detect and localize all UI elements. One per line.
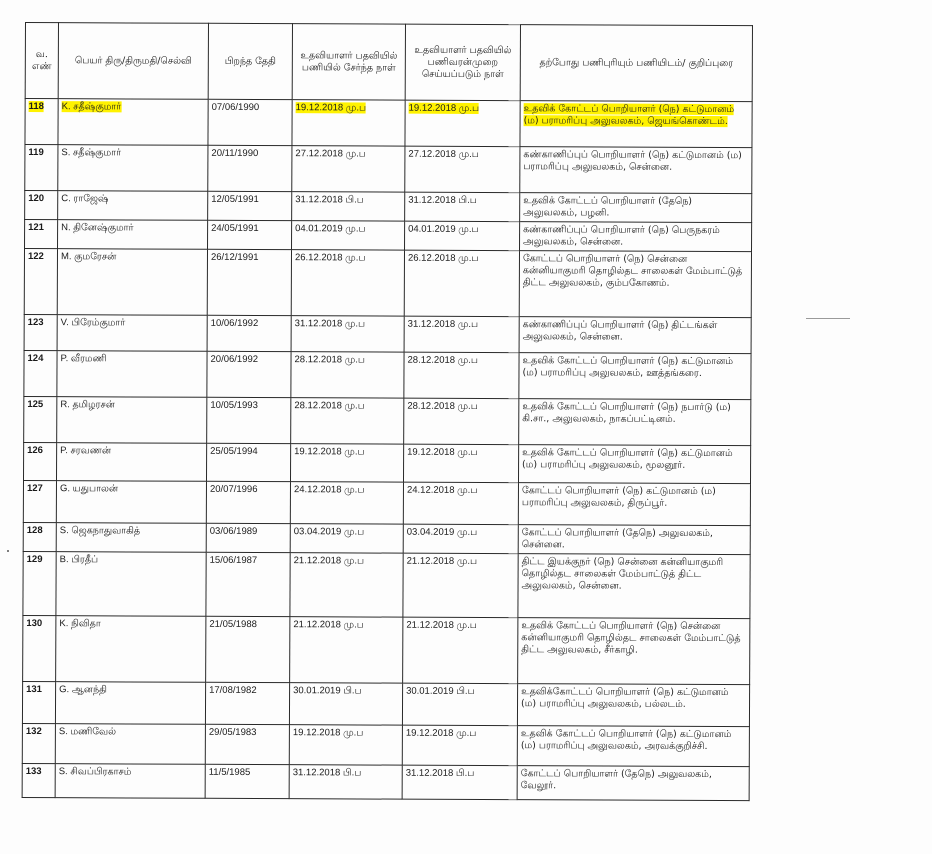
row-dob-text: 03/06/1989 <box>210 526 258 537</box>
row-regularization-date-text: 26.12.2018 மு.ப <box>408 253 479 264</box>
row-regularization-date-text: 03.04.2019 மு.ப <box>407 527 478 538</box>
row-serial: 130 <box>23 615 56 681</box>
row-regularization-date-text: 19.12.2018 மு.ப <box>407 447 478 458</box>
row-name: K. சதீஷ்குமார் <box>58 99 208 146</box>
row-regularization-date-text: 21.12.2018 மு.ப <box>407 556 478 567</box>
row-serial: 126 <box>23 442 56 480</box>
row-dob-text: 10/06/1992 <box>211 318 259 329</box>
row-dob: 25/05/1994 <box>206 443 290 481</box>
row-join-date-text: 21.12.2018 மு.ப <box>293 619 364 630</box>
row-serial-text: 124 <box>28 353 44 364</box>
row-dob: 21/05/1988 <box>206 616 290 682</box>
row-dob-text: 21/05/1988 <box>209 619 257 630</box>
row-regularization-date-text: 31.12.2018 பி.ப <box>408 195 477 206</box>
row-current-post-text: உதவிக் கோட்டப் பொறியாளர் (நெ) சென்னை கன்… <box>521 620 740 656</box>
row-name-text: K. நிவிதா <box>59 618 101 629</box>
row-serial-text: 133 <box>26 766 42 777</box>
row-name-text: S. மணிவேல் <box>59 726 116 737</box>
table-row: 118K. சதீஷ்குமார்07/06/199019.12.2018 மு… <box>25 99 752 148</box>
row-name-text: M. குமரேசன் <box>61 251 116 262</box>
row-current-post: கண்காணிப்புப் பொறியாளர் (நெ) கட்டுமானம் … <box>520 147 752 194</box>
row-dob: 12/05/1991 <box>208 191 292 220</box>
row-current-post: கோட்டப் பொறியாளர் (தேநெ) அலுவலகம், வேலூர… <box>517 766 749 801</box>
row-serial: 127 <box>23 480 56 522</box>
row-current-post: உதவிக் கோட்டப் பொறியாளர் (நெ) கட்டுமானம்… <box>519 353 751 400</box>
row-serial: 131 <box>22 681 55 723</box>
row-name: G. யதுபாலன் <box>56 481 206 524</box>
row-name-text: G. யதுபாலன் <box>60 483 118 494</box>
row-serial: 119 <box>25 145 58 191</box>
table-row: 119S. சதீஷ்குமார்20/11/199027.12.2018 மு… <box>25 145 752 194</box>
row-regularization-date: 27.12.2018 மு.ப <box>405 146 520 193</box>
row-dob-text: 17/08/1982 <box>209 685 257 696</box>
row-current-post-text: உதவிக்கோட்டப் பொறியாளர் (நெ) கட்டுமானம் … <box>521 686 729 710</box>
row-regularization-date: 28.12.2018 மு.ப <box>404 352 519 399</box>
header-serial: வ. எண் <box>25 23 58 99</box>
header-row: வ. எண் பெயர் திரு/திருமதி/செல்வி பிறந்த … <box>25 23 752 102</box>
row-join-date-text: 31.12.2018 பி.ப <box>293 767 362 778</box>
row-regularization-date-text: 04.01.2019 மு.ப <box>408 224 479 235</box>
row-regularization-date: 31.12.2018 மு.ப <box>404 316 519 353</box>
row-join-date-text: 30.01.2019 பி.ப <box>293 685 362 696</box>
row-dob-text: 15/06/1987 <box>210 555 258 566</box>
row-join-date: 31.12.2018 பி.ப <box>289 765 402 799</box>
row-serial: 132 <box>22 723 55 763</box>
row-name: B. பிரதீப் <box>56 552 206 617</box>
row-serial-text: 130 <box>26 618 42 629</box>
row-current-post-text: கண்காணிப்புப் பொறியாளர் (நெ) திட்டங்கள் … <box>523 319 718 342</box>
row-join-date-text: 31.12.2018 மு.ப <box>295 318 366 329</box>
row-regularization-date-text: 27.12.2018 மு.ப <box>408 149 479 160</box>
row-regularization-date-text: 30.01.2019 பி.ப <box>406 686 475 697</box>
row-name-text: R. தமிழரசன் <box>60 399 115 410</box>
row-current-post-text: கோட்டப் பொறியாளர் (தேநெ) அலுவலகம், வேலூர… <box>521 768 712 791</box>
row-join-date: 21.12.2018 மு.ப <box>290 553 403 617</box>
row-serial-text: 120 <box>28 193 44 204</box>
row-join-date-text: 04.01.2019 மு.ப <box>295 223 366 234</box>
table-row: 130K. நிவிதா21/05/198821.12.2018 மு.ப21.… <box>23 615 750 684</box>
row-join-date: 19.12.2018 மு.ப <box>289 725 402 765</box>
row-name-text: C. ராஜேஷ் <box>61 193 108 204</box>
row-regularization-date: 26.12.2018 மு.ப <box>404 250 519 317</box>
row-regularization-date: 03.04.2019 மு.ப <box>403 524 518 554</box>
row-dob: 03/06/1989 <box>206 523 290 552</box>
row-name-text: P. சரவணன் <box>60 445 111 456</box>
row-current-post-text: கோட்டப் பொறியாளர் (நெ) சென்னை கன்னியாகும… <box>523 253 742 289</box>
row-current-post-text: உதவிக் கோட்டப் பொறியாளர் (நெ) கட்டுமானம்… <box>522 355 733 379</box>
row-current-post: திட்ட இயக்குநர் (நெ) சென்னை கன்னியாகுமரி… <box>518 554 750 619</box>
row-name: M. குமரேசன் <box>57 249 207 316</box>
row-serial-text: 131 <box>26 684 42 695</box>
header-name: பெயர் திரு/திருமதி/செல்வி <box>58 23 208 100</box>
row-serial-text: 119 <box>28 147 43 158</box>
row-dob: 26/12/1991 <box>207 249 291 315</box>
row-join-date: 30.01.2019 பி.ப <box>289 683 402 725</box>
row-join-date: 03.04.2019 மு.ப <box>290 524 403 553</box>
table-row: 128S. ஜெகநாதுவாகித்03/06/198903.04.2019 … <box>23 522 750 554</box>
table-row: 122M. குமரேசன்26/12/199126.12.2018 மு.ப2… <box>24 249 751 318</box>
row-regularization-date: 04.01.2019 மு.ப <box>405 221 520 251</box>
row-regularization-date: 24.12.2018 மு.ப <box>403 482 518 525</box>
row-regularization-date: 19.12.2018 மு.ப <box>402 725 517 766</box>
row-serial: 125 <box>24 396 57 442</box>
row-join-date-text: 27.12.2018 மு.ப <box>295 148 366 159</box>
row-current-post-text: உதவிக் கோட்டப் பொறியாளர் (நெ) கட்டுமானம்… <box>522 447 733 471</box>
row-name-text: K. சதீஷ்குமார் <box>62 101 122 112</box>
row-name: C. ராஜேஷ் <box>58 191 208 221</box>
row-current-post-text: கோட்டப் பொறியாளர் (தேநெ) அலுவலகம், சென்ன… <box>522 527 713 550</box>
row-serial: 124 <box>24 350 57 396</box>
row-name: S. சிவப்பிரகாசம் <box>55 764 205 799</box>
row-serial-text: 121 <box>28 222 44 233</box>
row-name-text: S. ஜெகநாதுவாகித் <box>60 525 140 536</box>
row-regularization-date: 19.12.2018 மு.ப <box>405 100 520 147</box>
row-dob-text: 07/06/1990 <box>212 102 260 113</box>
row-dob-text: 24/05/1991 <box>211 223 259 234</box>
row-name: R. தமிழரசன் <box>57 397 207 444</box>
row-join-date-text: 28.12.2018 மு.ப <box>294 400 365 411</box>
row-dob: 07/06/1990 <box>208 99 292 145</box>
row-serial: 129 <box>23 551 56 615</box>
table-row: 121N. தினேஷ்குமார்24/05/199104.01.2019 ம… <box>25 220 752 252</box>
row-join-date: 04.01.2019 மு.ப <box>292 221 405 250</box>
row-dob: 20/07/1996 <box>206 481 290 523</box>
row-current-post: கோட்டப் பொறியாளர் (நெ) சென்னை கன்னியாகும… <box>519 251 751 318</box>
row-current-post: உதவிக் கோட்டப் பொறியாளர் (நெ) சென்னை கன்… <box>518 618 750 685</box>
row-join-date-text: 19.12.2018 மு.ப <box>296 102 367 113</box>
row-join-date-text: 24.12.2018 மு.ப <box>294 484 365 495</box>
row-name-text: V. பிரேம்குமார் <box>61 317 126 328</box>
table-row: 124P. வீரமணி20/06/199228.12.2018 மு.ப28.… <box>24 350 751 399</box>
row-regularization-date-text: 31.12.2018 மு.ப <box>408 319 479 330</box>
row-join-date-text: 19.12.2018 மு.ப <box>294 446 365 457</box>
row-dob: 29/05/1983 <box>205 724 289 764</box>
row-join-date: 19.12.2018 மு.ப <box>292 100 405 146</box>
row-dob-text: 20/11/1990 <box>211 148 258 159</box>
row-current-post: கோட்டப் பொறியாளர் (நெ) கட்டுமானம் (ம) பர… <box>518 483 750 526</box>
row-name: S. மணிவேல் <box>55 724 205 765</box>
row-dob-text: 25/05/1994 <box>210 446 258 457</box>
row-regularization-date: 30.01.2019 பி.ப <box>402 683 517 726</box>
row-name: S. ஜெகநாதுவாகித் <box>56 523 206 553</box>
row-serial-text: 127 <box>27 483 43 494</box>
table-row: 129B. பிரதீப்15/06/198721.12.2018 மு.ப21… <box>23 551 750 618</box>
row-dob: 10/06/1992 <box>207 315 291 351</box>
row-regularization-date-text: 24.12.2018 மு.ப <box>407 485 478 496</box>
row-regularization-date: 31.12.2018 பி.ப <box>405 192 520 222</box>
row-serial-text: 122 <box>28 251 44 262</box>
row-join-date-text: 31.12.2018 பி.ப <box>295 194 364 205</box>
header-dob: பிறந்த தேதி <box>208 23 292 99</box>
row-join-date-text: 26.12.2018 மு.ப <box>295 252 366 263</box>
row-regularization-date: 28.12.2018 மு.ப <box>404 398 519 445</box>
row-dob-text: 20/07/1996 <box>210 484 258 495</box>
row-current-post-text: உதவிக் கோட்டப் பொறியாளர் (நெ) கட்டுமானம்… <box>521 728 732 752</box>
row-regularization-date-text: 21.12.2018 மு.ப <box>406 620 477 631</box>
row-name-text: P. வீரமணி <box>61 353 107 364</box>
row-serial: 118 <box>25 99 58 145</box>
table-row: 120C. ராஜேஷ்12/05/199131.12.2018 பி.ப31.… <box>25 191 752 223</box>
row-current-post: கண்காணிப்புப் பொறியாளர் (நெ) திட்டங்கள் … <box>519 317 751 354</box>
row-name-text: B. பிரதீப் <box>60 554 99 565</box>
row-name-text: S. சதீஷ்குமார் <box>61 147 121 158</box>
row-join-date: 27.12.2018 மு.ப <box>292 146 405 192</box>
table-row: 127G. யதுபாலன்20/07/199624.12.2018 மு.ப2… <box>23 480 750 525</box>
row-dob-text: 29/05/1983 <box>209 727 257 738</box>
row-dob-text: 11/5/1985 <box>209 767 251 778</box>
row-current-post: உதவிக் கோட்டப் பொறியாளர் (நெ) கட்டுமானம்… <box>517 726 749 767</box>
row-dob: 20/11/1990 <box>208 145 292 191</box>
row-dob-text: 12/05/1991 <box>211 194 259 205</box>
row-serial: 120 <box>25 191 58 220</box>
table-row: 125R. தமிழரசன்10/05/199328.12.2018 மு.ப2… <box>24 396 751 445</box>
row-name: G. ஆனந்தி <box>55 682 205 725</box>
row-serial-text: 129 <box>27 554 43 565</box>
row-join-date-text: 19.12.2018 மு.ப <box>293 727 364 738</box>
row-dob-text: 20/06/1992 <box>211 354 259 365</box>
row-dob: 17/08/1982 <box>205 682 289 724</box>
row-join-date: 28.12.2018 மு.ப <box>291 352 404 398</box>
row-name: S. சதீஷ்குமார் <box>58 145 208 192</box>
row-name-text: S. சிவப்பிரகாசம் <box>59 766 132 777</box>
table-row: 133S. சிவப்பிரகாசம்11/5/198531.12.2018 ப… <box>22 763 749 800</box>
row-serial: 133 <box>22 763 55 797</box>
row-serial: 123 <box>24 314 57 350</box>
row-join-date-text: 03.04.2019 மு.ப <box>294 526 365 537</box>
row-regularization-date: 31.12.2018 பி.ப <box>402 765 517 800</box>
row-current-post-text: கோட்டப் பொறியாளர் (நெ) கட்டுமானம் (ம) பர… <box>522 485 716 509</box>
row-serial-text: 123 <box>28 317 44 328</box>
row-serial: 128 <box>23 522 56 551</box>
row-current-post: உதவிக் கோட்டப் பொறியாளர் (நெ) கட்டுமானம்… <box>518 445 750 484</box>
margin-mark <box>806 318 850 319</box>
row-serial-text: 132 <box>26 726 42 737</box>
row-serial-text: 125 <box>27 399 43 410</box>
row-regularization-date-text: 28.12.2018 மு.ப <box>407 401 478 412</box>
roster-body: 118K. சதீஷ்குமார்07/06/199019.12.2018 மு… <box>22 99 752 801</box>
row-dob: 24/05/1991 <box>208 220 292 249</box>
row-join-date: 24.12.2018 மு.ப <box>290 482 403 524</box>
row-current-post: உதவிக் கோட்டப் பொறியாளர் (நெ) கட்டுமானம்… <box>520 101 752 148</box>
row-dob-text: 26/12/1991 <box>211 252 259 263</box>
row-regularization-date: 21.12.2018 மு.ப <box>403 617 518 684</box>
row-current-post: உதவிக் கோட்டப் பொறியாளர் (தேநெ) அலுவலகம்… <box>520 193 752 223</box>
row-current-post-text: உதவிக் கோட்டப் பொறியாளர் (நெ) நபார்டு (ம… <box>522 401 731 425</box>
row-regularization-date-text: 31.12.2018 பி.ப <box>406 768 475 779</box>
table-row: 126P. சரவணன்25/05/199419.12.2018 மு.ப19.… <box>23 442 750 483</box>
row-current-post-text: திட்ட இயக்குநர் (நெ) சென்னை கன்னியாகுமரி… <box>522 556 724 591</box>
row-current-post-text: கண்காணிப்புப் பொறியாளர் (நெ) பெருநகரம் அ… <box>523 224 720 247</box>
header-regularization-date: உதவியாளர் பதவியில் பணிவரன்முறை செய்யப்பட… <box>405 24 520 101</box>
row-dob: 10/05/1993 <box>207 397 291 443</box>
margin-dot <box>7 550 9 552</box>
row-current-post: உதவிக் கோட்டப் பொறியாளர் (நெ) நபார்டு (ம… <box>519 399 751 446</box>
row-serial-text: 128 <box>27 525 43 536</box>
row-join-date: 21.12.2018 மு.ப <box>290 617 403 683</box>
header-join-date: உதவியாளர் பதவியில் பணியில் சேர்ந்த நாள் <box>292 24 405 100</box>
row-serial-text: 118 <box>29 101 44 112</box>
row-current-post: கோட்டப் பொறியாளர் (தேநெ) அலுவலகம், சென்ன… <box>518 525 750 555</box>
row-current-post: உதவிக்கோட்டப் பொறியாளர் (நெ) கட்டுமானம் … <box>517 684 749 727</box>
row-regularization-date-text: 28.12.2018 மு.ப <box>408 355 479 366</box>
row-name: P. சரவணன் <box>56 443 206 482</box>
header-current-post: தற்போது பணிபுரியும் பணியிடம்/ குறிப்புரை <box>520 25 752 102</box>
row-current-post: கண்காணிப்புப் பொறியாளர் (நெ) பெருநகரம் அ… <box>520 222 752 252</box>
row-name: V. பிரேம்குமார் <box>57 315 207 352</box>
row-serial-text: 126 <box>27 445 43 456</box>
row-join-date: 31.12.2018 பி.ப <box>292 192 405 221</box>
table-row: 123V. பிரேம்குமார்10/06/199231.12.2018 ம… <box>24 314 751 353</box>
row-join-date: 26.12.2018 மு.ப <box>291 250 404 316</box>
row-join-date-text: 21.12.2018 மு.ப <box>294 555 365 566</box>
row-join-date: 28.12.2018 மு.ப <box>291 398 404 444</box>
row-dob: 15/06/1987 <box>206 552 290 616</box>
row-name-text: N. தினேஷ்குமார் <box>61 222 134 233</box>
row-current-post-text: உதவிக் கோட்டப் பொறியாளர் (நெ) கட்டுமானம்… <box>524 103 735 127</box>
staff-roster-table: வ. எண் பெயர் திரு/திருமதி/செல்வி பிறந்த … <box>22 22 753 801</box>
row-name: P. வீரமணி <box>57 351 207 398</box>
row-join-date: 19.12.2018 மு.ப <box>290 444 403 482</box>
row-join-date: 31.12.2018 மு.ப <box>291 316 404 352</box>
row-name-text: G. ஆனந்தி <box>59 684 107 695</box>
row-dob-text: 10/05/1993 <box>210 400 258 411</box>
row-regularization-date: 21.12.2018 மு.ப <box>403 553 518 618</box>
row-dob: 11/5/1985 <box>205 764 289 798</box>
row-regularization-date-text: 19.12.2018 மு.ப <box>406 728 477 739</box>
row-current-post-text: கண்காணிப்புப் பொறியாளர் (நெ) கட்டுமானம் … <box>523 149 742 173</box>
row-join-date-text: 28.12.2018 மு.ப <box>295 354 366 365</box>
table-row: 131G. ஆனந்தி17/08/198230.01.2019 பி.ப30.… <box>22 681 749 726</box>
table-row: 132S. மணிவேல்29/05/198319.12.2018 மு.ப19… <box>22 723 749 766</box>
row-name: K. நிவிதா <box>56 616 206 683</box>
row-regularization-date: 19.12.2018 மு.ப <box>403 444 518 483</box>
row-serial: 121 <box>25 220 58 249</box>
row-serial: 122 <box>24 249 57 315</box>
scanned-page: வ. எண் பெயர் திரு/திருமதி/செல்வி பிறந்த … <box>0 0 932 854</box>
row-current-post-text: உதவிக் கோட்டப் பொறியாளர் (தேநெ) அலுவலகம்… <box>523 195 692 218</box>
row-regularization-date-text: 19.12.2018 மு.ப <box>409 103 480 114</box>
row-dob: 20/06/1992 <box>207 351 291 397</box>
row-name: N. தினேஷ்குமார் <box>58 220 208 250</box>
